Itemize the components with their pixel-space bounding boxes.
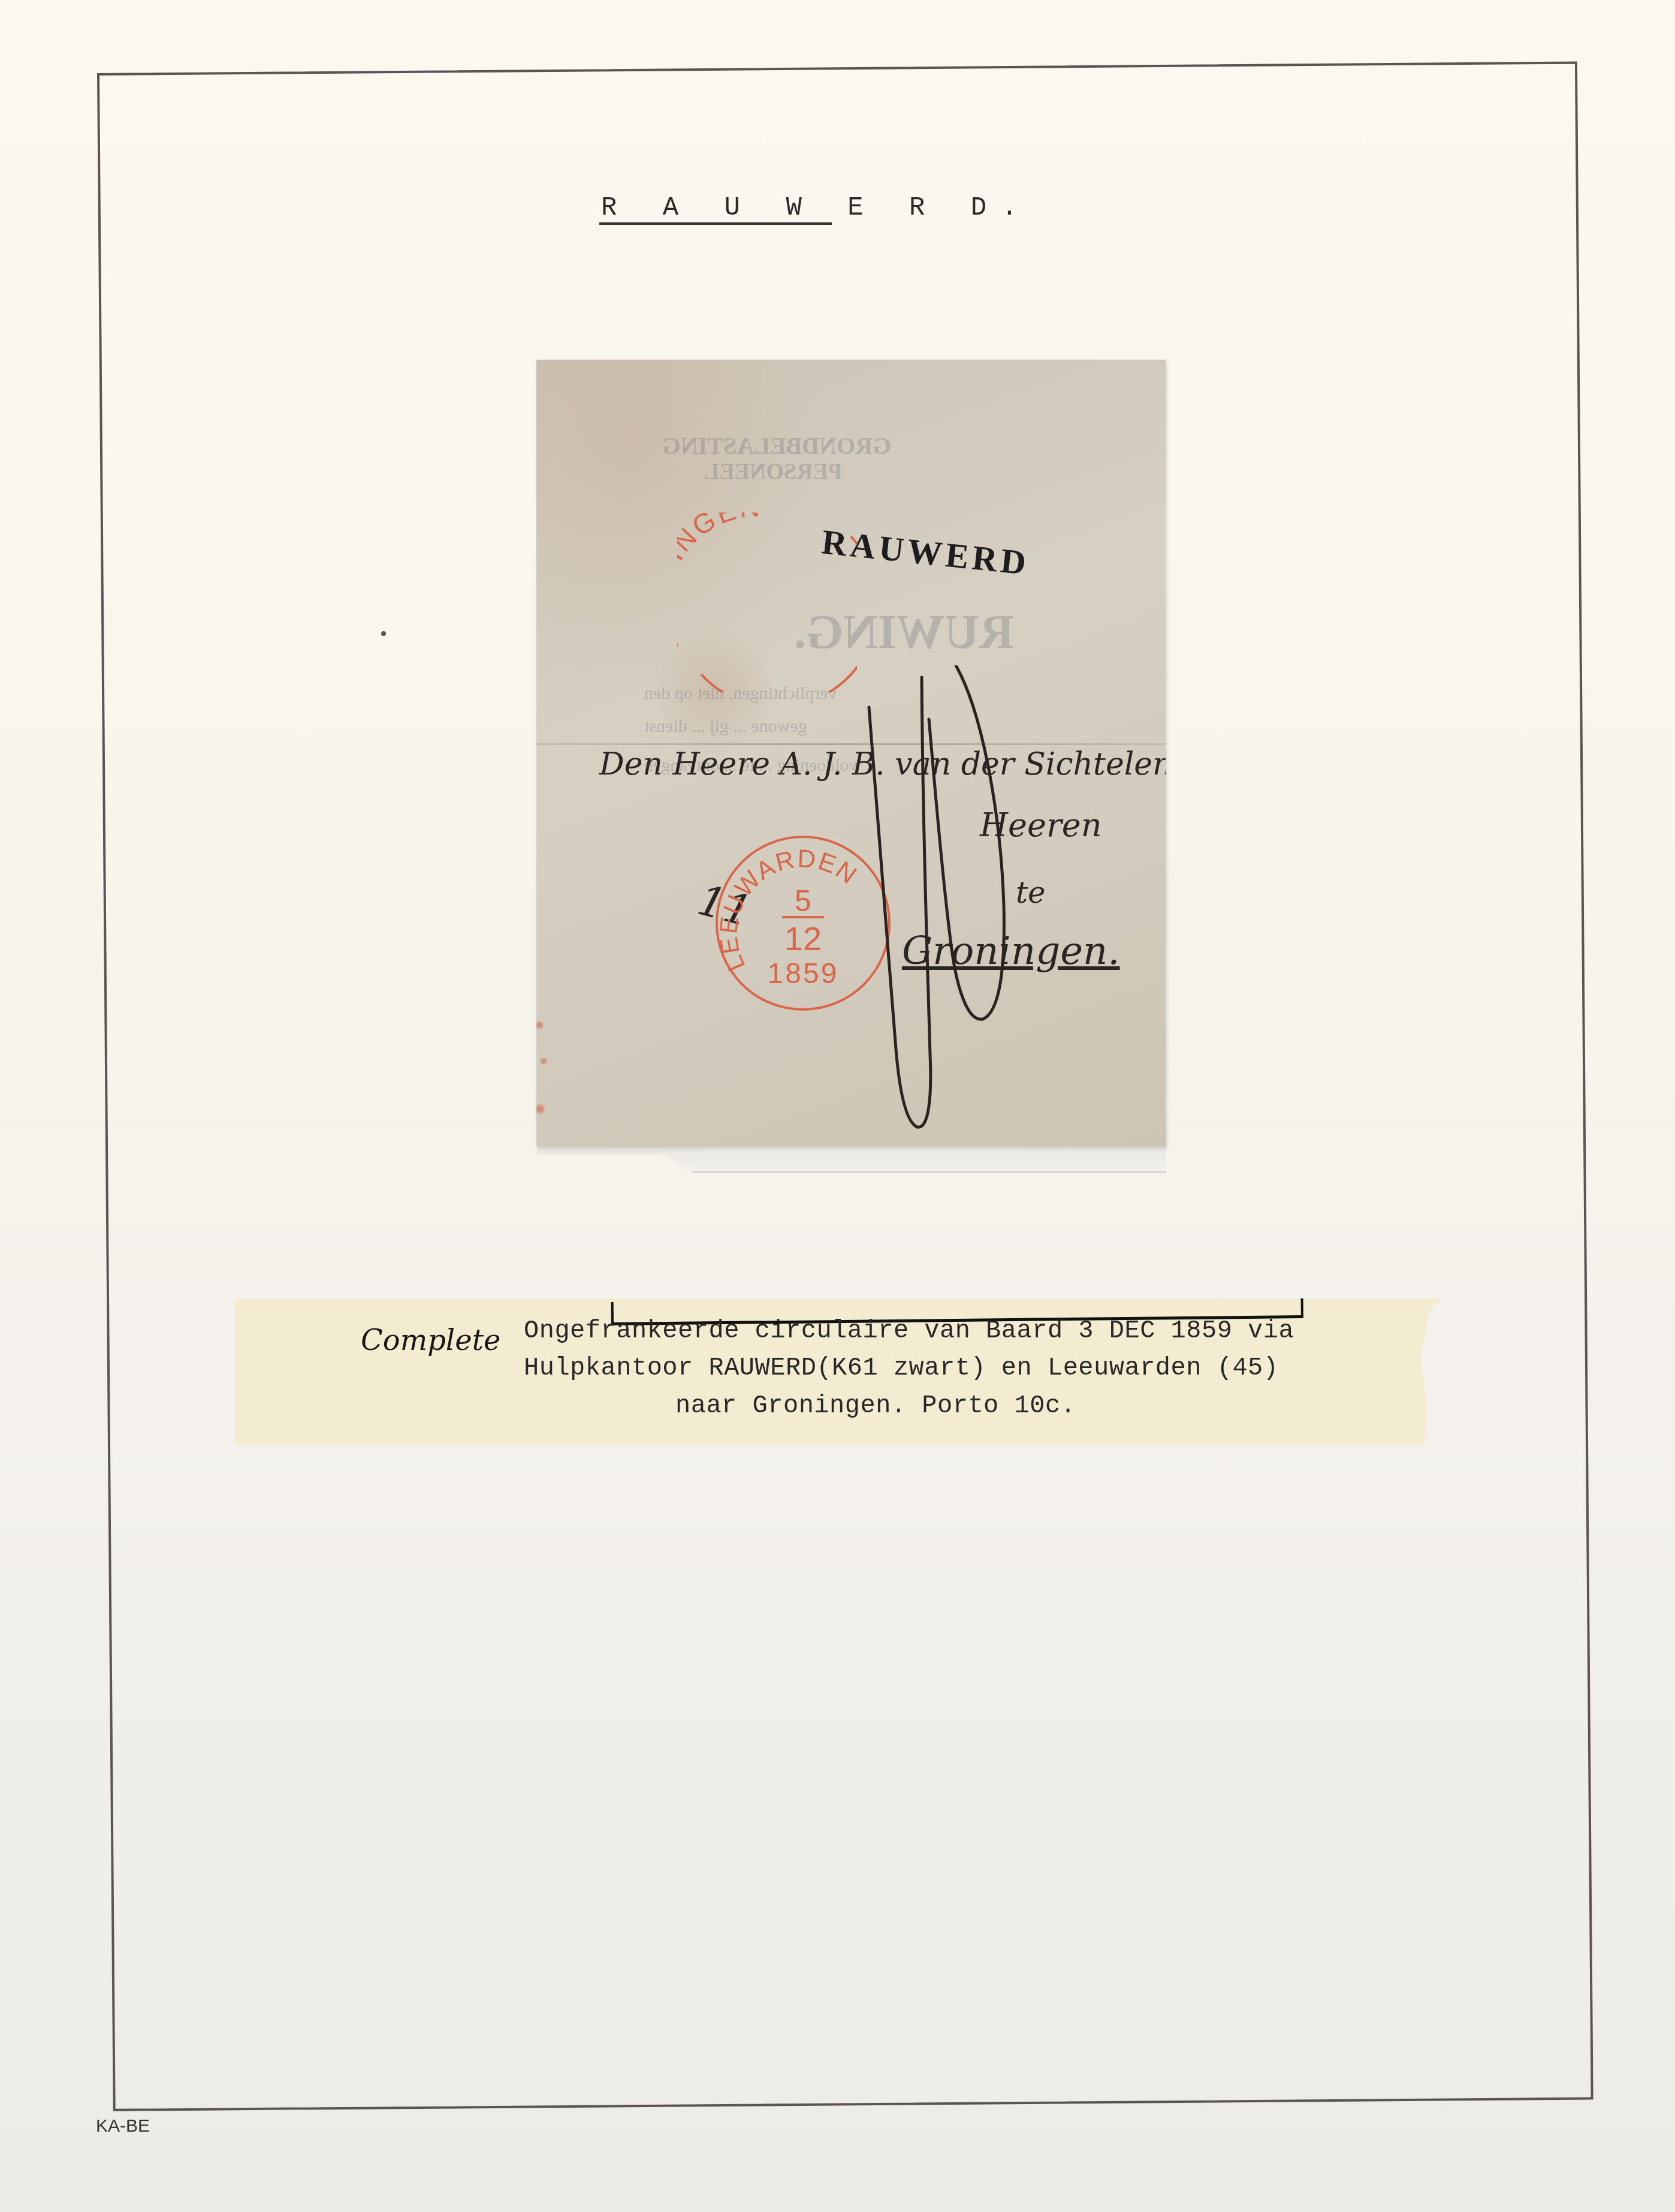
label-line-1: Ongefrankeerde circulaire van Baard 3 DE… bbox=[524, 1316, 1294, 1345]
fold-crease bbox=[536, 743, 1166, 745]
label-line-2: Hulpkantoor RAUWERD(K61 zwart) en Leeuwa… bbox=[524, 1354, 1279, 1382]
description-label: Complete Ongefrankeerde circulaire van B… bbox=[235, 1298, 1441, 1445]
partial-red-postmark bbox=[536, 965, 554, 1139]
porto-10-manuscript bbox=[863, 665, 1025, 1146]
postal-cover: GRONDBELASTING PERSONEEL RUWING. verplic… bbox=[536, 360, 1166, 1146]
postmark-year: 1859 bbox=[768, 958, 839, 990]
svg-text:GRONINGEN: GRONINGEN bbox=[677, 513, 763, 661]
postmark-month: 12 bbox=[784, 920, 822, 957]
page-title-underline bbox=[599, 222, 832, 225]
label-line-3: naar Groningen. Porto 10c. bbox=[675, 1391, 1076, 1420]
handwritten-note: Complete bbox=[361, 1324, 500, 1357]
postmark-day: 5 bbox=[795, 884, 811, 918]
show-through-text: PERSONEEL bbox=[704, 459, 842, 485]
show-through-text: gewone ... gij ... dienst bbox=[644, 716, 807, 737]
groningen-postmark-text: GRONINGEN bbox=[677, 513, 763, 661]
paper-speck bbox=[381, 631, 386, 636]
page-title: R A U W E R D. bbox=[601, 193, 1033, 223]
show-through-text: GRONDBELASTING bbox=[662, 432, 891, 460]
groningen-postmark: GRONINGEN bbox=[677, 513, 857, 692]
publisher-mark: KA-BE bbox=[96, 2116, 150, 2136]
